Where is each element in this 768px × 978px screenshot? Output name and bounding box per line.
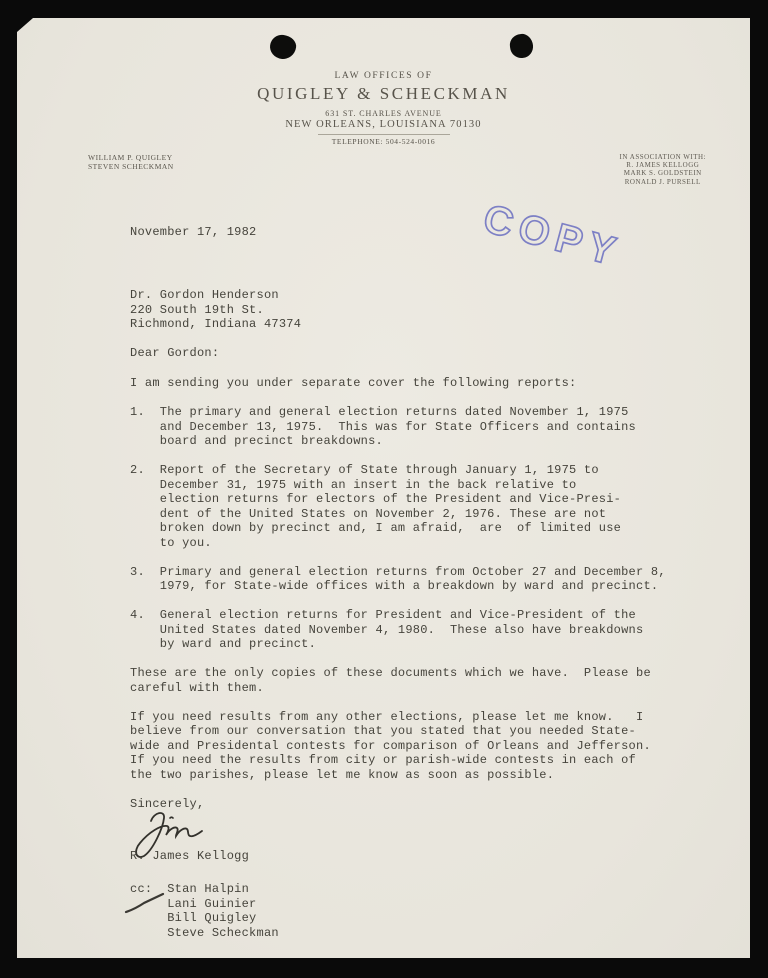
- firm-type: LAW OFFICES OF: [17, 71, 750, 81]
- firm-city: NEW ORLEANS, LOUISIANA 70130: [17, 119, 750, 130]
- letter-page: LAW OFFICES OF QUIGLEY & SCHECKMAN 631 S…: [17, 18, 750, 958]
- hole-punch-left-icon: [268, 33, 297, 60]
- letter-date: November 17, 1982: [130, 225, 257, 240]
- firm-street: 631 ST. CHARLES AVENUE: [17, 109, 750, 118]
- signature-name: R. James Kellogg: [130, 849, 249, 864]
- checkmark-icon: [123, 891, 169, 917]
- copy-stamp: COPY: [474, 189, 655, 288]
- scan-background: { "page": { "background_color": "#0a0a0a…: [0, 0, 768, 978]
- hole-punch-right-icon: [509, 33, 534, 59]
- attorneys-list: WILLIAM P. QUIGLEY STEVEN SCHECKMAN: [88, 154, 174, 171]
- recipient-address: Dr. Gordon Henderson 220 South 19th St. …: [130, 288, 301, 332]
- associates-list: IN ASSOCIATION WITH: R. JAMES KELLOGG MA…: [620, 153, 706, 186]
- salutation: Dear Gordon:: [130, 346, 219, 361]
- letter-body: I am sending you under separate cover th…: [130, 376, 666, 782]
- firm-phone: TELEPHONE: 504-524-0016: [17, 137, 750, 146]
- letterhead-divider: [318, 134, 450, 135]
- copy-stamp-text: COPY: [479, 196, 627, 275]
- firm-name: QUIGLEY & SCHECKMAN: [17, 84, 750, 104]
